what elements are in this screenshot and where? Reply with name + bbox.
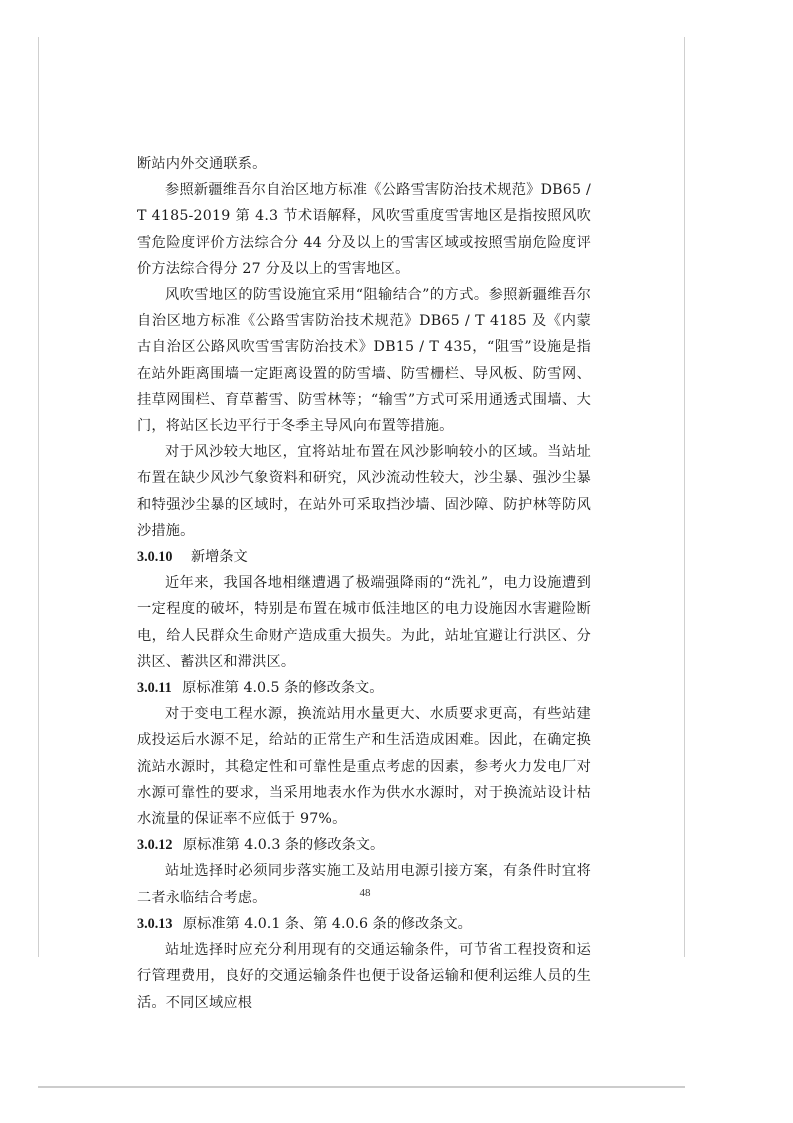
section-heading: 3.0.12 原标准第 4.0.3 条的修改条文。	[137, 832, 591, 858]
paragraph: 参照新疆维吾尔自治区地方标准《公路雪害防治技术规范》DB65 / T 4185-…	[137, 177, 591, 282]
section-title: 原标准第 4.0.1 条、第 4.0.6 条的修改条文。	[183, 916, 472, 932]
paragraph: 对于变电工程水源，换流站用水量更大、水质要求更高，有些站建成投运后水源不足，给站…	[137, 701, 591, 832]
paragraph: 风吹雪地区的防雪设施宜采用“阻输结合”的方式。参照新疆维吾尔自治区地方标准《公路…	[137, 282, 591, 439]
page-bottom-divider	[38, 1086, 685, 1088]
section-heading: 3.0.13 原标准第 4.0.1 条、第 4.0.6 条的修改条文。	[137, 911, 591, 937]
section-title: 新增条文	[191, 549, 248, 565]
page-border-left	[38, 37, 39, 957]
page-number: 48	[355, 887, 375, 899]
paragraph: 断站内外交通联系。	[137, 151, 591, 177]
section-title: 原标准第 4.0.5 条的修改条文。	[182, 680, 383, 696]
section-number: 3.0.10	[137, 549, 172, 565]
page-body: 断站内外交通联系。 参照新疆维吾尔自治区地方标准《公路雪害防治技术规范》DB65…	[137, 151, 591, 1016]
paragraph: 站址选择时必须同步落实施工及站用电源引接方案，有条件时宜将二者永临结合考虑。	[137, 858, 591, 910]
section-heading: 3.0.11 原标准第 4.0.5 条的修改条文。	[137, 675, 591, 701]
paragraph: 站址选择时应充分利用现有的交通运输条件，可节省工程投资和运行管理费用，良好的交通…	[137, 937, 591, 1016]
section-number: 3.0.11	[137, 680, 172, 696]
paragraph: 近年来，我国各地相继遭遇了极端强降雨的“洗礼”，电力设施遭到一定程度的破坏，特别…	[137, 570, 591, 675]
section-number: 3.0.13	[137, 916, 172, 932]
section-number: 3.0.12	[137, 837, 172, 853]
section-heading: 3.0.10 新增条文	[137, 544, 591, 570]
paragraph: 对于风沙较大地区，宜将站址布置在风沙影响较小的区域。当站址布置在缺少风沙气象资料…	[137, 439, 591, 544]
section-title: 原标准第 4.0.3 条的修改条文。	[183, 837, 384, 853]
page-border-right	[684, 37, 685, 957]
